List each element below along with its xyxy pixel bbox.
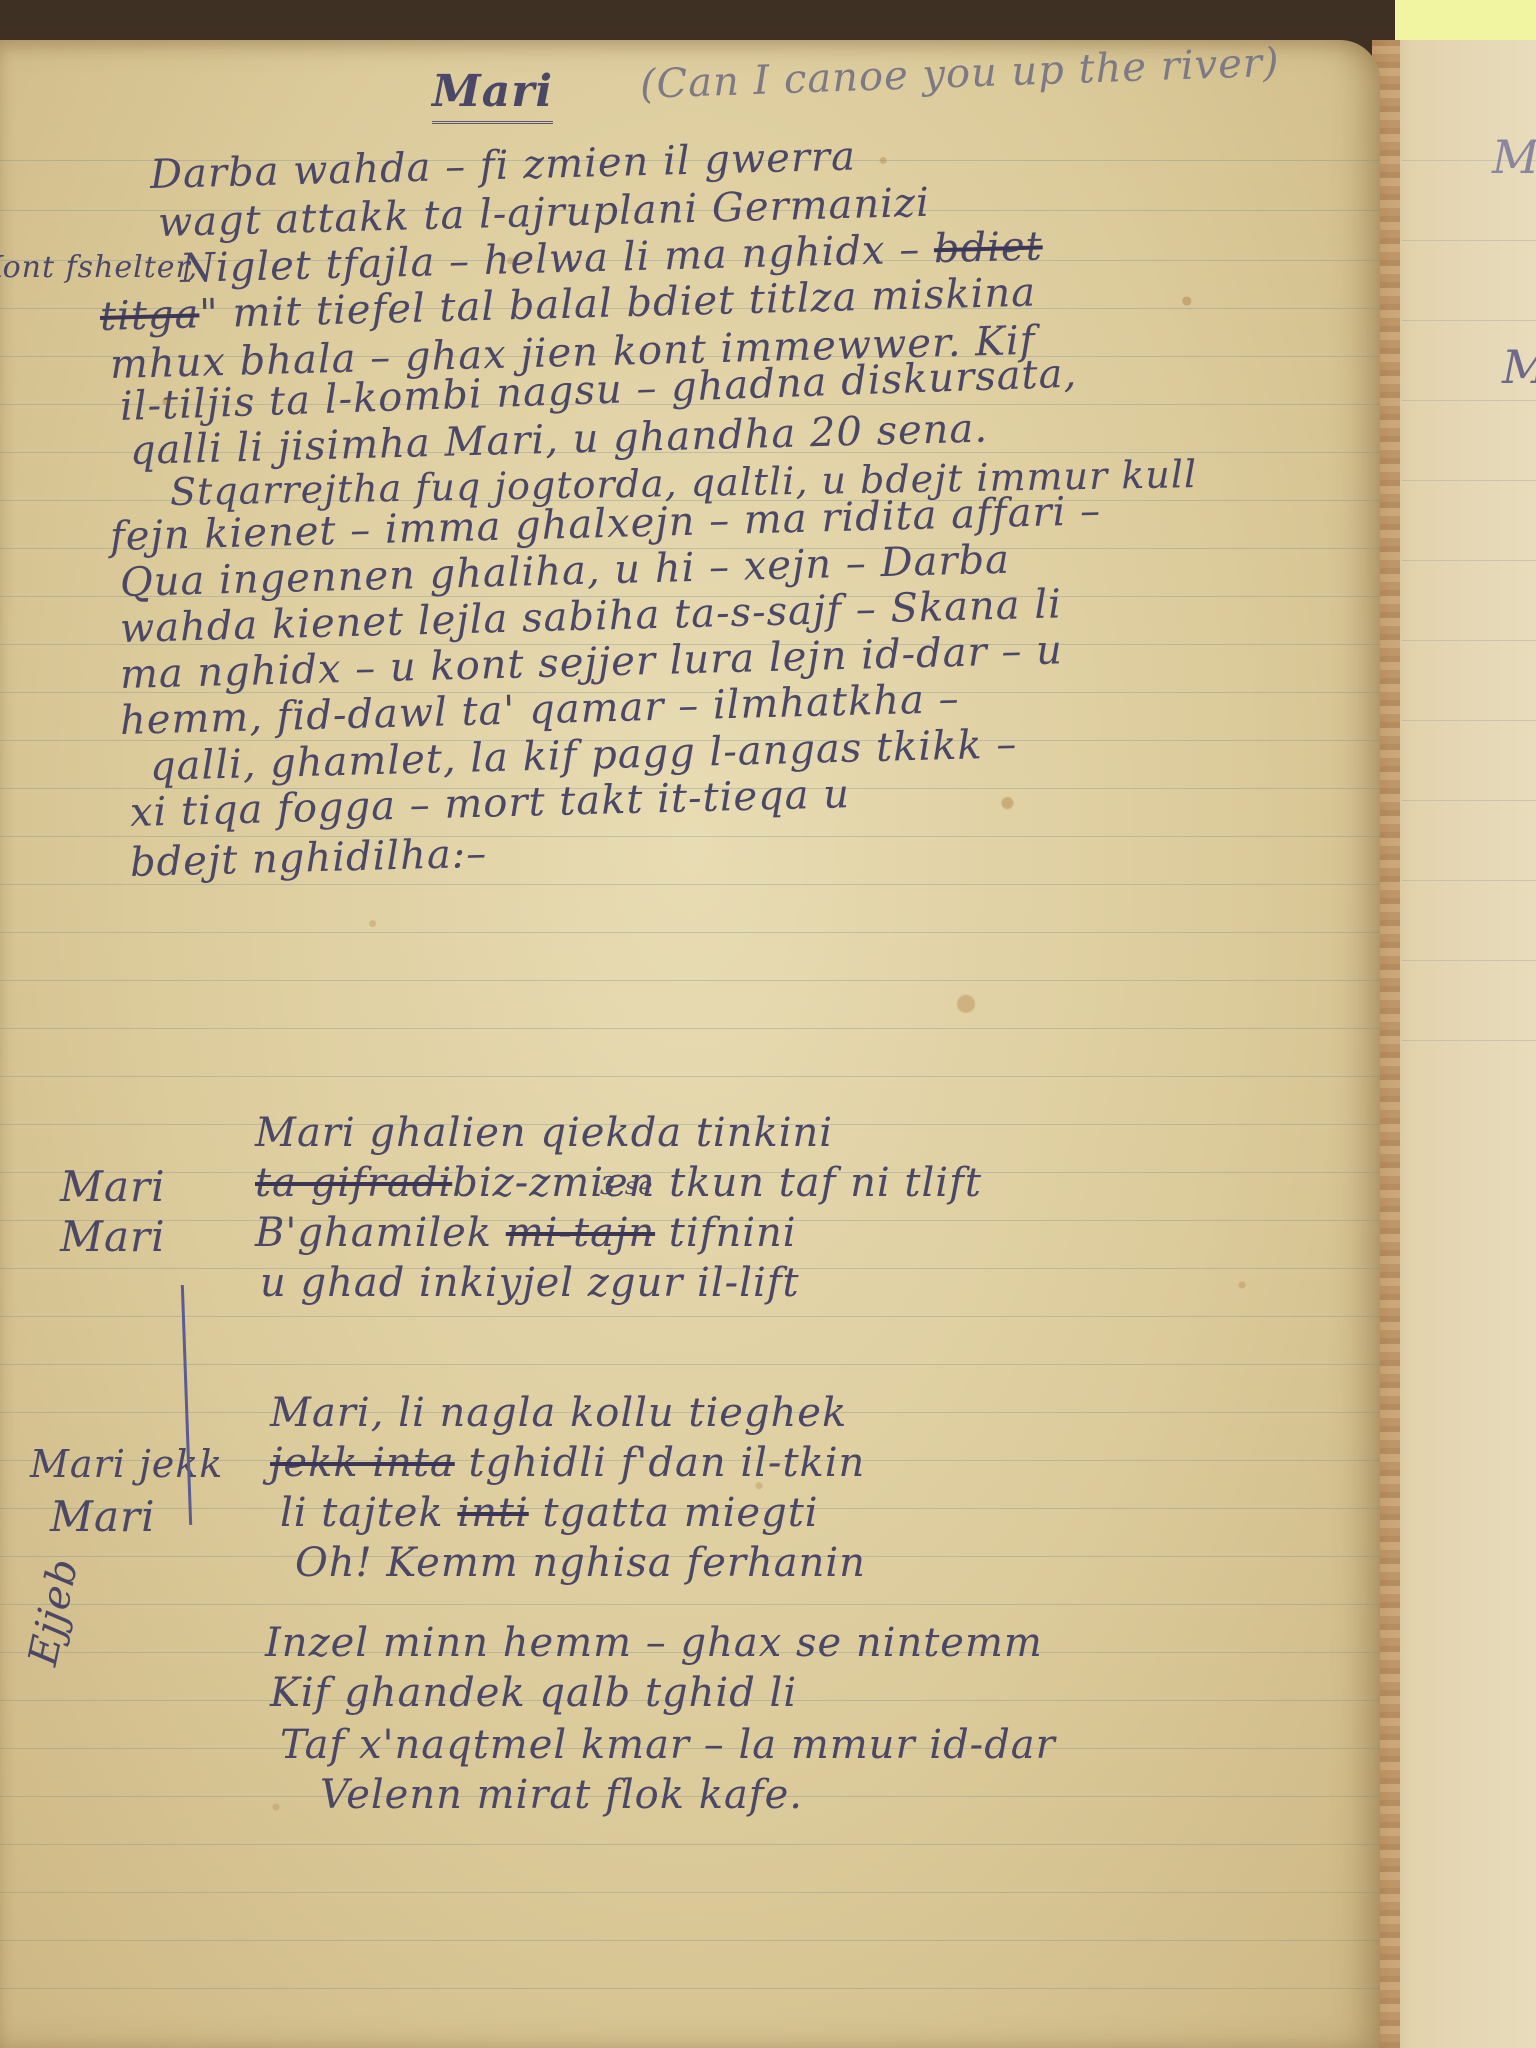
verse-line: Mari ghalien qiekda tinkini — [255, 1110, 833, 1156]
page-title: Mari — [432, 66, 553, 124]
ruled-line — [1402, 480, 1536, 481]
prose-line: bdejt nghidilha:– — [129, 831, 487, 886]
ruled-line — [0, 932, 1380, 933]
verse-insertion: 3 se — [600, 1172, 653, 1200]
ruled-line — [1402, 400, 1536, 401]
verse-line: Mari, li nagla kollu tieghek — [270, 1390, 847, 1436]
ruled-line — [0, 884, 1380, 885]
ruled-line — [0, 1940, 1380, 1941]
verse-margin: Mari jekk — [30, 1442, 223, 1486]
ruled-line — [1402, 560, 1536, 561]
ruled-line — [0, 1364, 1380, 1365]
ruled-line — [1402, 1040, 1536, 1041]
ruled-line — [1402, 960, 1536, 961]
ruled-line — [1402, 640, 1536, 641]
ruled-line — [1402, 880, 1536, 881]
ruled-line — [1402, 800, 1536, 801]
ruled-line — [1402, 240, 1536, 241]
verse-line: Taf x'naqtmel kmar – la mmur id-dar — [280, 1722, 1056, 1768]
sticky-note — [1395, 0, 1536, 40]
verse-margin: Mari — [50, 1492, 156, 1541]
ruled-line — [0, 836, 1380, 837]
verse-margin: Mari — [60, 1162, 166, 1211]
margin-note: Kont fshelter, — [0, 250, 198, 285]
manuscript-page: Mari (Can I canoe you up the river) Darb… — [0, 40, 1380, 2048]
verse-margin: Mari — [60, 1212, 166, 1261]
ruled-line — [0, 1076, 1380, 1077]
verse-line: jekk inta tghidli f'dan il-tkin — [270, 1440, 865, 1486]
verse-line: B'ghamilek mi-tajn tifnini — [255, 1210, 797, 1256]
ruled-line — [1402, 720, 1536, 721]
title-pencil-note: (Can I canoe you up the river) — [639, 40, 1280, 108]
ruled-line — [0, 1988, 1380, 1989]
ruled-line — [0, 1316, 1380, 1317]
verse-line: li tajtek inti tgatta miegti — [280, 1490, 819, 1536]
ruled-line — [0, 1844, 1380, 1845]
verse-line: u ghad inkiyjel zgur il-lift — [260, 1260, 800, 1306]
ruled-line — [0, 980, 1380, 981]
ruled-line — [1402, 320, 1536, 321]
verse-line: Inzel minn hemm – ghax se nintemm — [265, 1620, 1043, 1666]
right-page-mark: M — [1502, 340, 1536, 394]
verse-line: Kif ghandek qalb tghid li — [270, 1670, 797, 1716]
ruled-line — [0, 1892, 1380, 1893]
ruled-line — [0, 1604, 1380, 1605]
ruled-line — [0, 1028, 1380, 1029]
verse-line: Oh! Kemm nghisa ferhanin — [295, 1540, 866, 1586]
verse-line: Velenn mirat flok kafe. — [320, 1772, 803, 1818]
right-page-mark: M — [1492, 130, 1536, 184]
